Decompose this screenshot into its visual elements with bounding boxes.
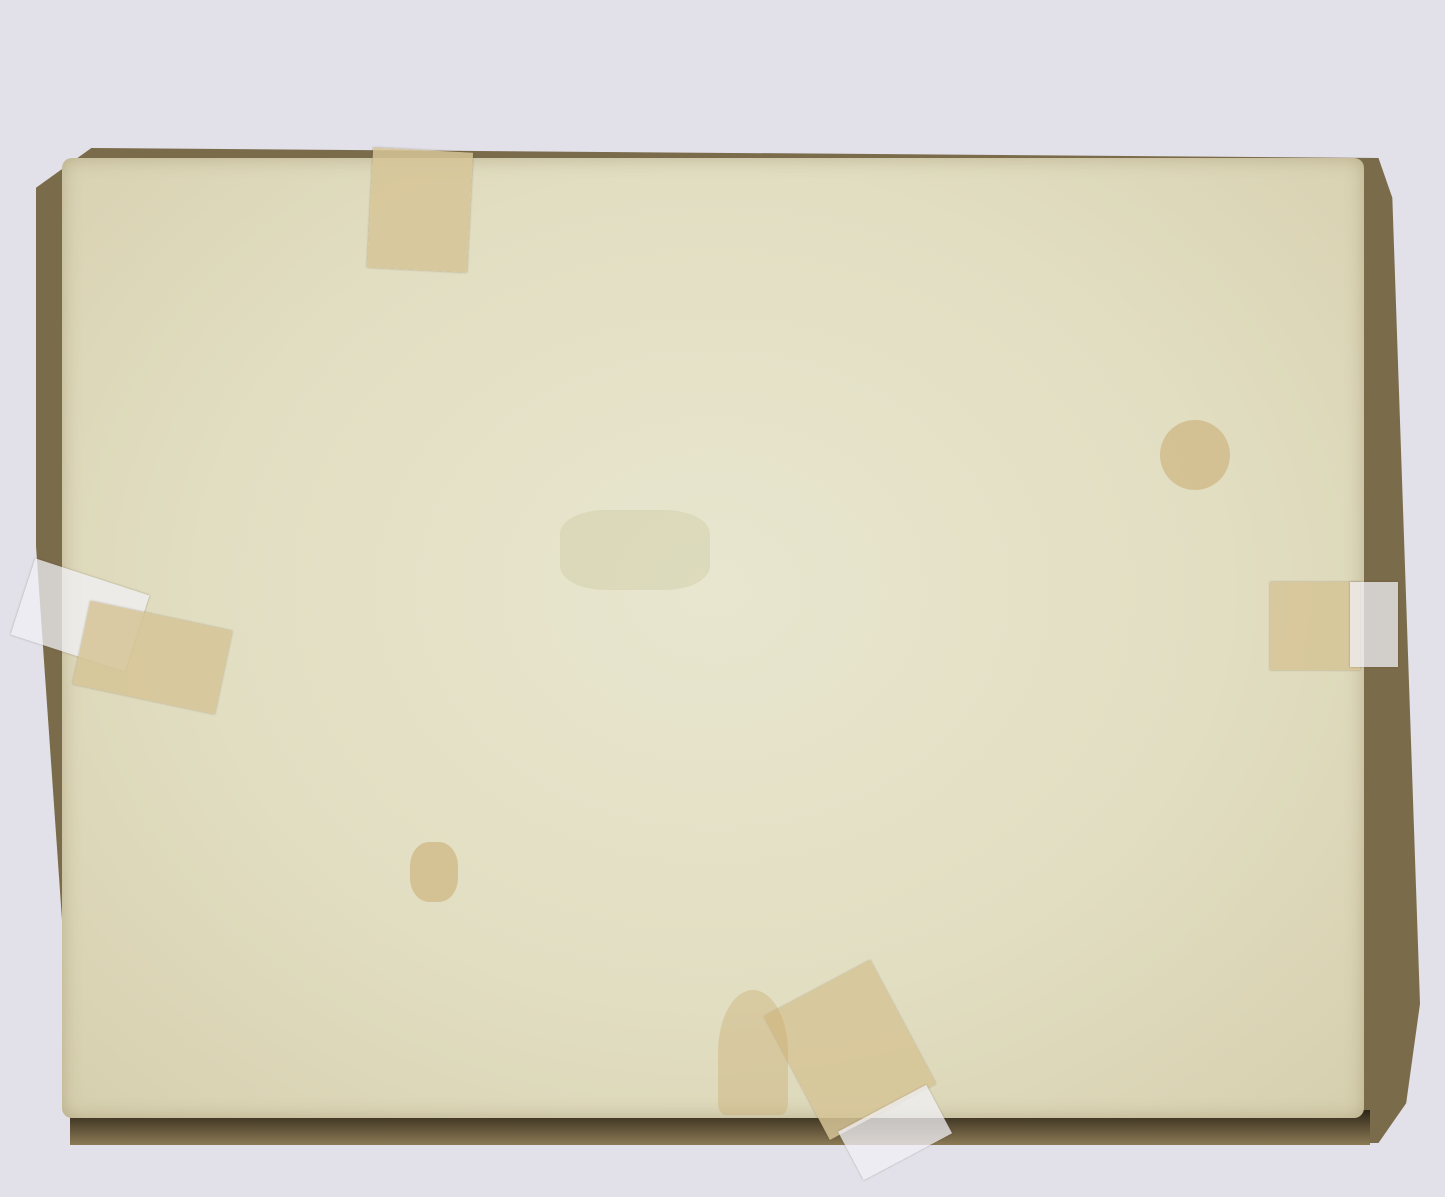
stain-bottom (718, 990, 788, 1115)
stain-right (1160, 420, 1230, 490)
tape-right (1270, 582, 1360, 670)
stain-left (410, 842, 458, 902)
tape-top (367, 147, 473, 272)
tape-right-clear (1350, 582, 1398, 667)
box-lid (62, 158, 1364, 1118)
faded-mark (560, 510, 710, 590)
photo-scene (0, 0, 1445, 1197)
